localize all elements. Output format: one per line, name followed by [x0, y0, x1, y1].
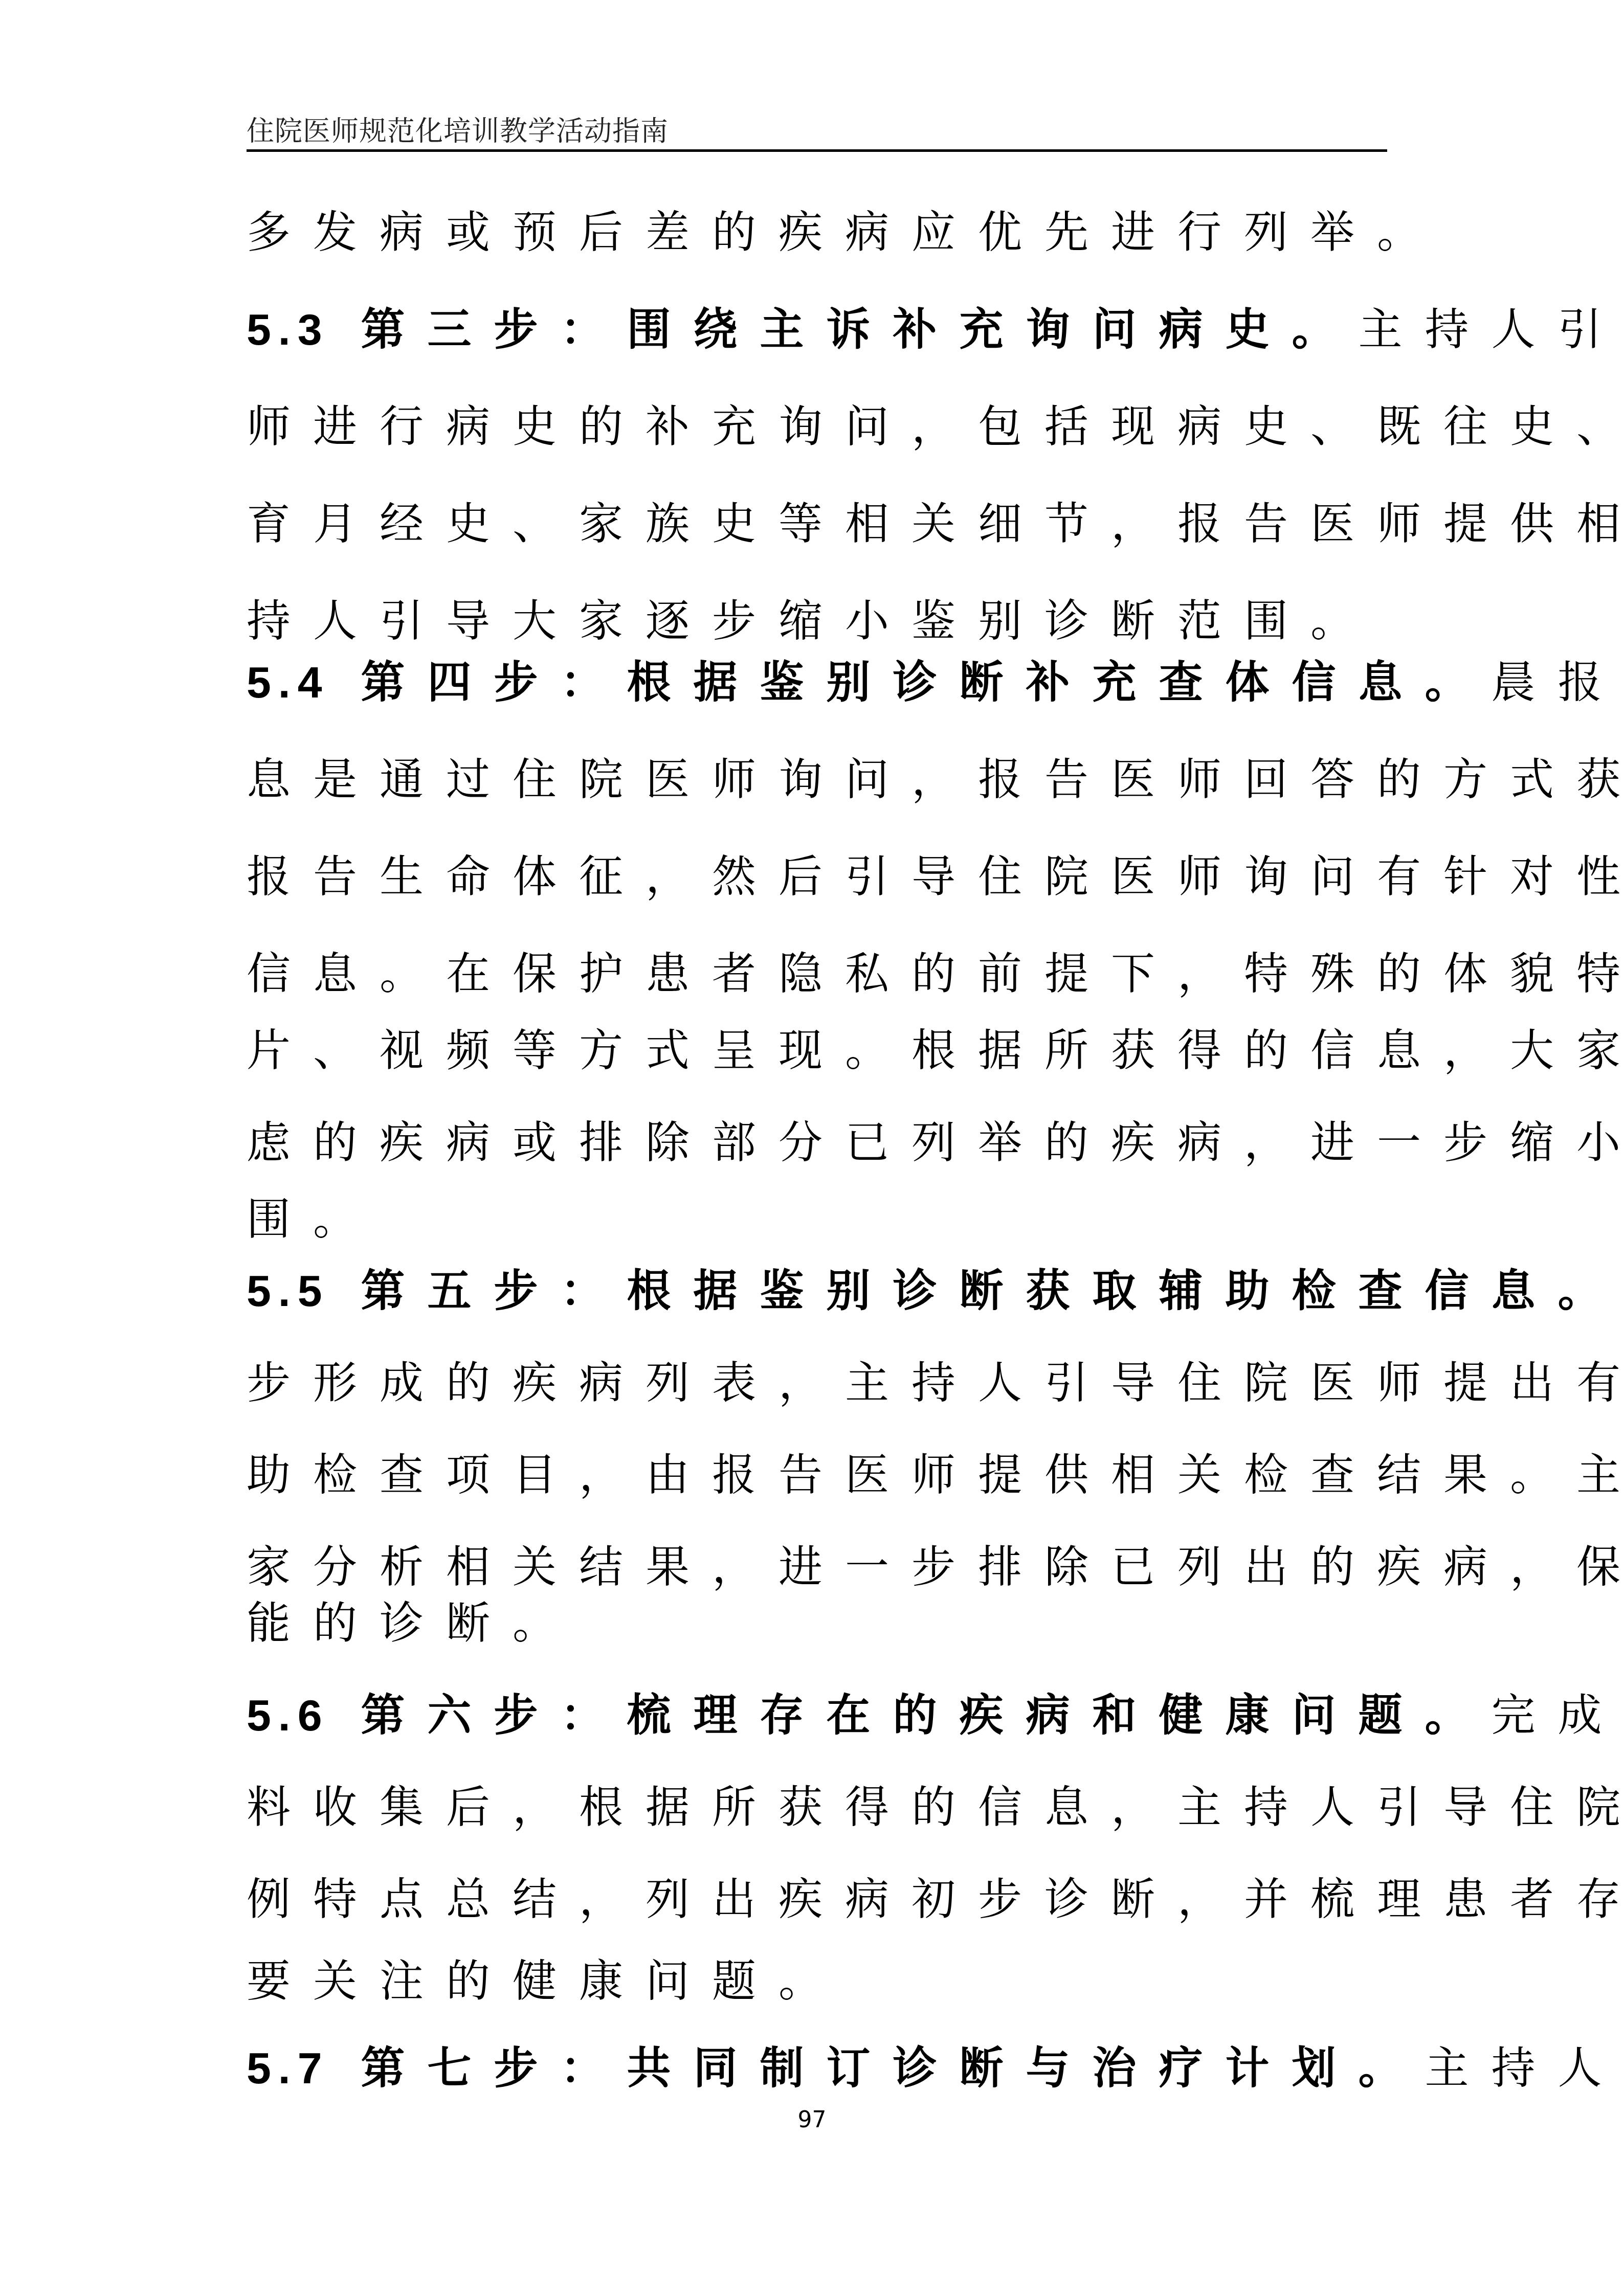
body-line: 要关注的健康问题。: [247, 1953, 1392, 2010]
body-line: 片、视频等方式呈现。根据所获得的信息，大家补充需要考: [247, 1023, 1392, 1079]
body-line: 信息。在保护患者隐私的前提下，特殊的体貌特征可采用图: [247, 946, 1392, 1002]
body-line: 步形成的疾病列表，主持人引导住院医师提出有针对性的辅: [247, 1355, 1392, 1411]
body-line: 家分析相关结果，进一步排除已列出的疾病，保留当前最可: [247, 1539, 1392, 1595]
section-5-6-heading-line: 5.6第六步：梳理存在的疾病和健康问题。完成患者的资: [247, 1687, 1392, 1744]
section-number: 5.3: [247, 305, 329, 354]
section-text: 完成患者的资: [1492, 1690, 1624, 1741]
section-number: 5.6: [247, 1691, 329, 1740]
body-line: 助检查项目，由报告医师提供相关检查结果。主持人引导大: [247, 1447, 1392, 1503]
intro-tail: 多发病或预后差的疾病应优先进行列举。: [247, 205, 1392, 261]
section-title: 第七步：共同制订诊断与治疗计划。: [361, 2043, 1425, 2094]
body-line: 息是通过住院医师询问，报告医师回答的方式获得的。首先: [247, 752, 1392, 808]
header-rule: [247, 149, 1387, 152]
body-line: 师进行病史的补充询问，包括现病史、既往史、个人史、婚: [247, 399, 1392, 455]
body-line: 报告生命体征，然后引导住院医师询问有针对性的重点查体: [247, 849, 1392, 905]
body-line: 育月经史、家族史等相关细节，报告医师提供相关信息。主: [247, 496, 1392, 552]
section-title: 第三步：围绕主诉补充询问病史。: [361, 304, 1359, 355]
section-text: 主持人引导住院: [1425, 2043, 1624, 2094]
section-title: 第五步：根据鉴别诊断获取辅助检查信息。: [361, 1266, 1624, 1317]
section-5-4-heading-line: 5.4第四步：根据鉴别诊断补充查体信息。晨报的查体信: [247, 655, 1392, 711]
running-header: 住院医师规范化培训教学活动指南: [247, 114, 669, 149]
section-text: 主持人引导住院医: [1359, 304, 1624, 355]
body-line: 围。: [247, 1191, 1392, 1248]
page-number: 97: [0, 2106, 1624, 2134]
body-line: 能的诊断。: [247, 1595, 1392, 1652]
body-line: 例特点总结，列出疾病初步诊断，并梳理患者存在的其他需: [247, 1872, 1392, 1928]
body-line: 料收集后，根据所获得的信息，主持人引导住院医师进行病: [247, 1780, 1392, 1836]
section-number: 5.7: [247, 2044, 329, 2093]
section-title: 第六步：梳理存在的疾病和健康问题。: [361, 1690, 1492, 1741]
section-5-7-heading-line: 5.7第七步：共同制订诊断与治疗计划。主持人引导住院: [247, 2040, 1392, 2097]
body-line: 虑的疾病或排除部分已列举的疾病，进一步缩小鉴别诊断范: [247, 1115, 1392, 1171]
body-line: 持人引导大家逐步缩小鉴别诊断范围。: [247, 593, 1392, 649]
section-title: 第四步：根据鉴别诊断补充查体信息。: [361, 657, 1492, 708]
section-number: 5.4: [247, 658, 329, 707]
section-5-3-heading-line: 5.3第三步：围绕主诉补充询问病史。主持人引导住院医: [247, 302, 1392, 358]
section-number: 5.5: [247, 1267, 329, 1316]
section-text: 晨报的查体信: [1492, 657, 1624, 708]
section-5-5-heading-line: 5.5第五步：根据鉴别诊断获取辅助检查信息。根据前两: [247, 1263, 1392, 1319]
